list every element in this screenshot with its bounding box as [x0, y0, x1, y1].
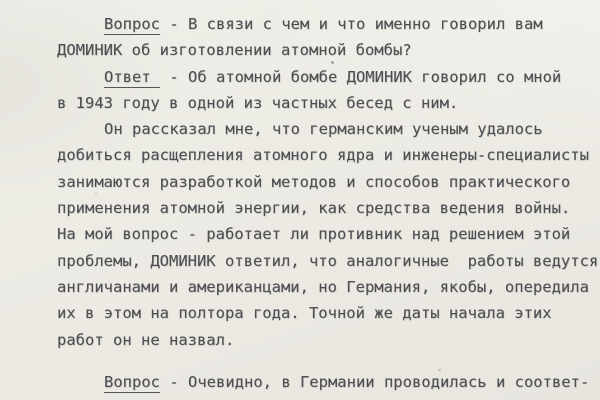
text-line: проблемы, ДОМИНИК ответил, что аналогичн… [57, 248, 600, 274]
text-line: На мой вопрос - работает ли противник на… [57, 221, 600, 247]
text-line: в 1943 году в одной из частных бесед с н… [57, 90, 600, 116]
text-line: добиться расщепления атомного ядра и инж… [57, 142, 600, 168]
text-line: ДОМИНИК об изготовлении атомной бомбы? [57, 37, 600, 63]
underlined-term-question: Вопрос [104, 15, 160, 35]
text-line: Он рассказал мне, что германским ученым … [57, 116, 600, 142]
line-text: занимаются разработкой методов и способо… [57, 173, 570, 191]
line-text: - В связи с чем и что именно говорил вам [160, 15, 543, 33]
line-text: их в этом на полтора года. Точной же дат… [57, 304, 552, 322]
text-line-answer: Ответ - Об атомной бомбе ДОМИНИК говорил… [57, 64, 600, 90]
underlined-term-answer: Ответ [104, 68, 160, 88]
line-text: проблемы, ДОМИНИК ответил, что аналогичн… [57, 252, 598, 270]
line-text: англичанами и американцами, но Германия,… [57, 278, 589, 296]
line-text: работ он не назвал. [57, 331, 234, 349]
line-text: Он рассказал мне, что германским ученым … [104, 120, 543, 138]
line-text: - Об атомной бомбе ДОМИНИК говорил со мн… [160, 68, 561, 86]
underlined-term-question: Вопрос [104, 373, 160, 393]
document-page: Вопрос - В связи с чем и что именно гово… [0, 0, 600, 400]
text-line-question-1: Вопрос - В связи с чем и что именно гово… [57, 11, 600, 37]
text-line: занимаются разработкой методов и способо… [57, 169, 600, 195]
page-text-block: Вопрос - В связи с чем и что именно гово… [57, 11, 600, 395]
text-line: работ он не назвал. [57, 327, 600, 353]
text-line: их в этом на полтора года. Точной же дат… [57, 300, 600, 326]
line-text: На мой вопрос - работает ли противник на… [57, 225, 570, 243]
text-line: применения атомной энергии, как средства… [57, 195, 600, 221]
text-line: англичанами и американцами, но Германия,… [57, 274, 600, 300]
line-text: добиться расщепления атомного ядра и инж… [57, 146, 589, 164]
line-text: - Очевидно, в Германии проводилась и соо… [160, 373, 589, 391]
line-text: в 1943 году в одной из частных бесед с н… [57, 94, 458, 112]
text-line-question-2: Вопрос - Очевидно, в Германии проводилас… [57, 369, 600, 395]
line-text: применения атомной энергии, как средства… [57, 199, 570, 217]
line-text: ДОМИНИК об изготовлении атомной бомбы? [57, 41, 412, 59]
